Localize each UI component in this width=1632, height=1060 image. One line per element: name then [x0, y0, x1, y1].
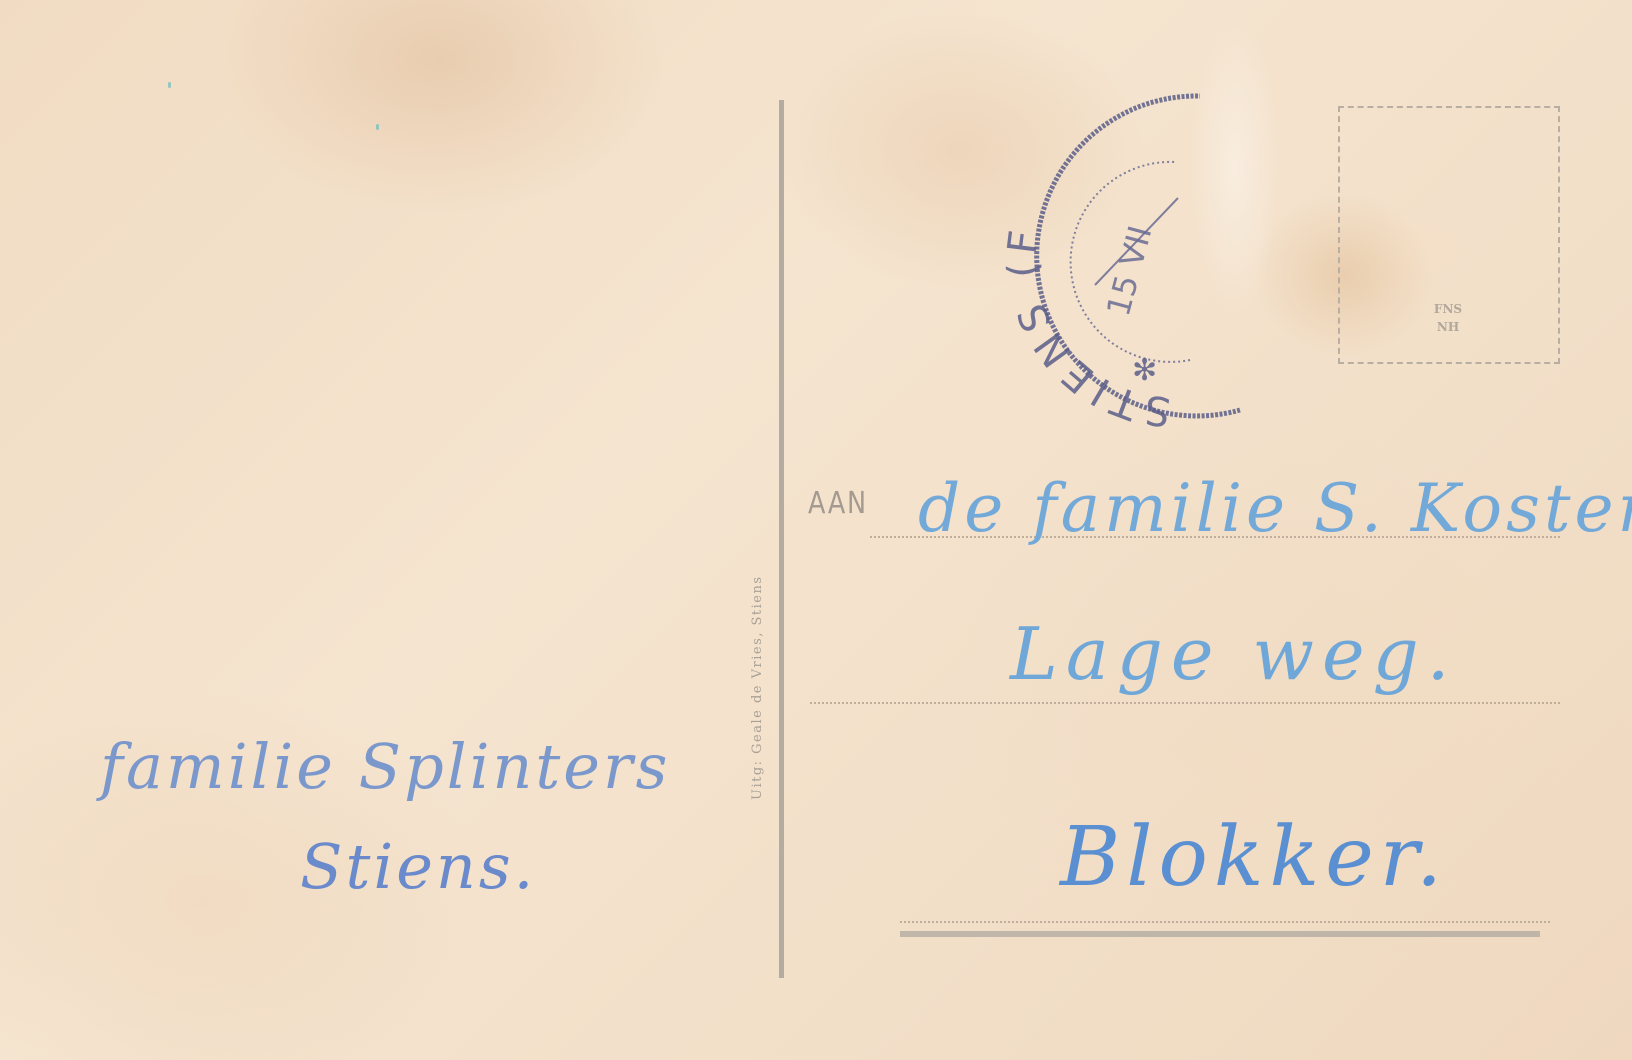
address-line-2 — [810, 702, 1560, 704]
ink-speck — [376, 124, 379, 130]
postcard-back: Uitg: Geale de Vries, Stiens FNS NH STIE… — [0, 0, 1632, 1060]
sender-name: familie Splinters — [100, 730, 670, 803]
recipient-street: Lage weg. — [1010, 612, 1458, 696]
center-divider-line — [779, 100, 784, 978]
stamp-text-line1: FNS — [1418, 300, 1478, 318]
address-line-3 — [900, 921, 1550, 923]
ink-speck — [168, 82, 171, 88]
sender-town: Stiens. — [300, 830, 536, 903]
postmark-stamp: STIENS (F 15 VII ✻ — [1000, 80, 1360, 430]
address-label: AAN — [808, 486, 868, 521]
publisher-imprint: Uitg: Geale de Vries, Stiens — [745, 420, 771, 800]
stamp-text-line2: NH — [1418, 318, 1478, 336]
recipient-town: Blokker. — [1060, 810, 1448, 905]
postmark-ornament: ✻ — [1132, 353, 1157, 388]
stamp-box-text: FNS NH — [1418, 300, 1478, 336]
address-underline — [900, 931, 1540, 937]
recipient-name: de familie S. Koster — [918, 470, 1632, 547]
